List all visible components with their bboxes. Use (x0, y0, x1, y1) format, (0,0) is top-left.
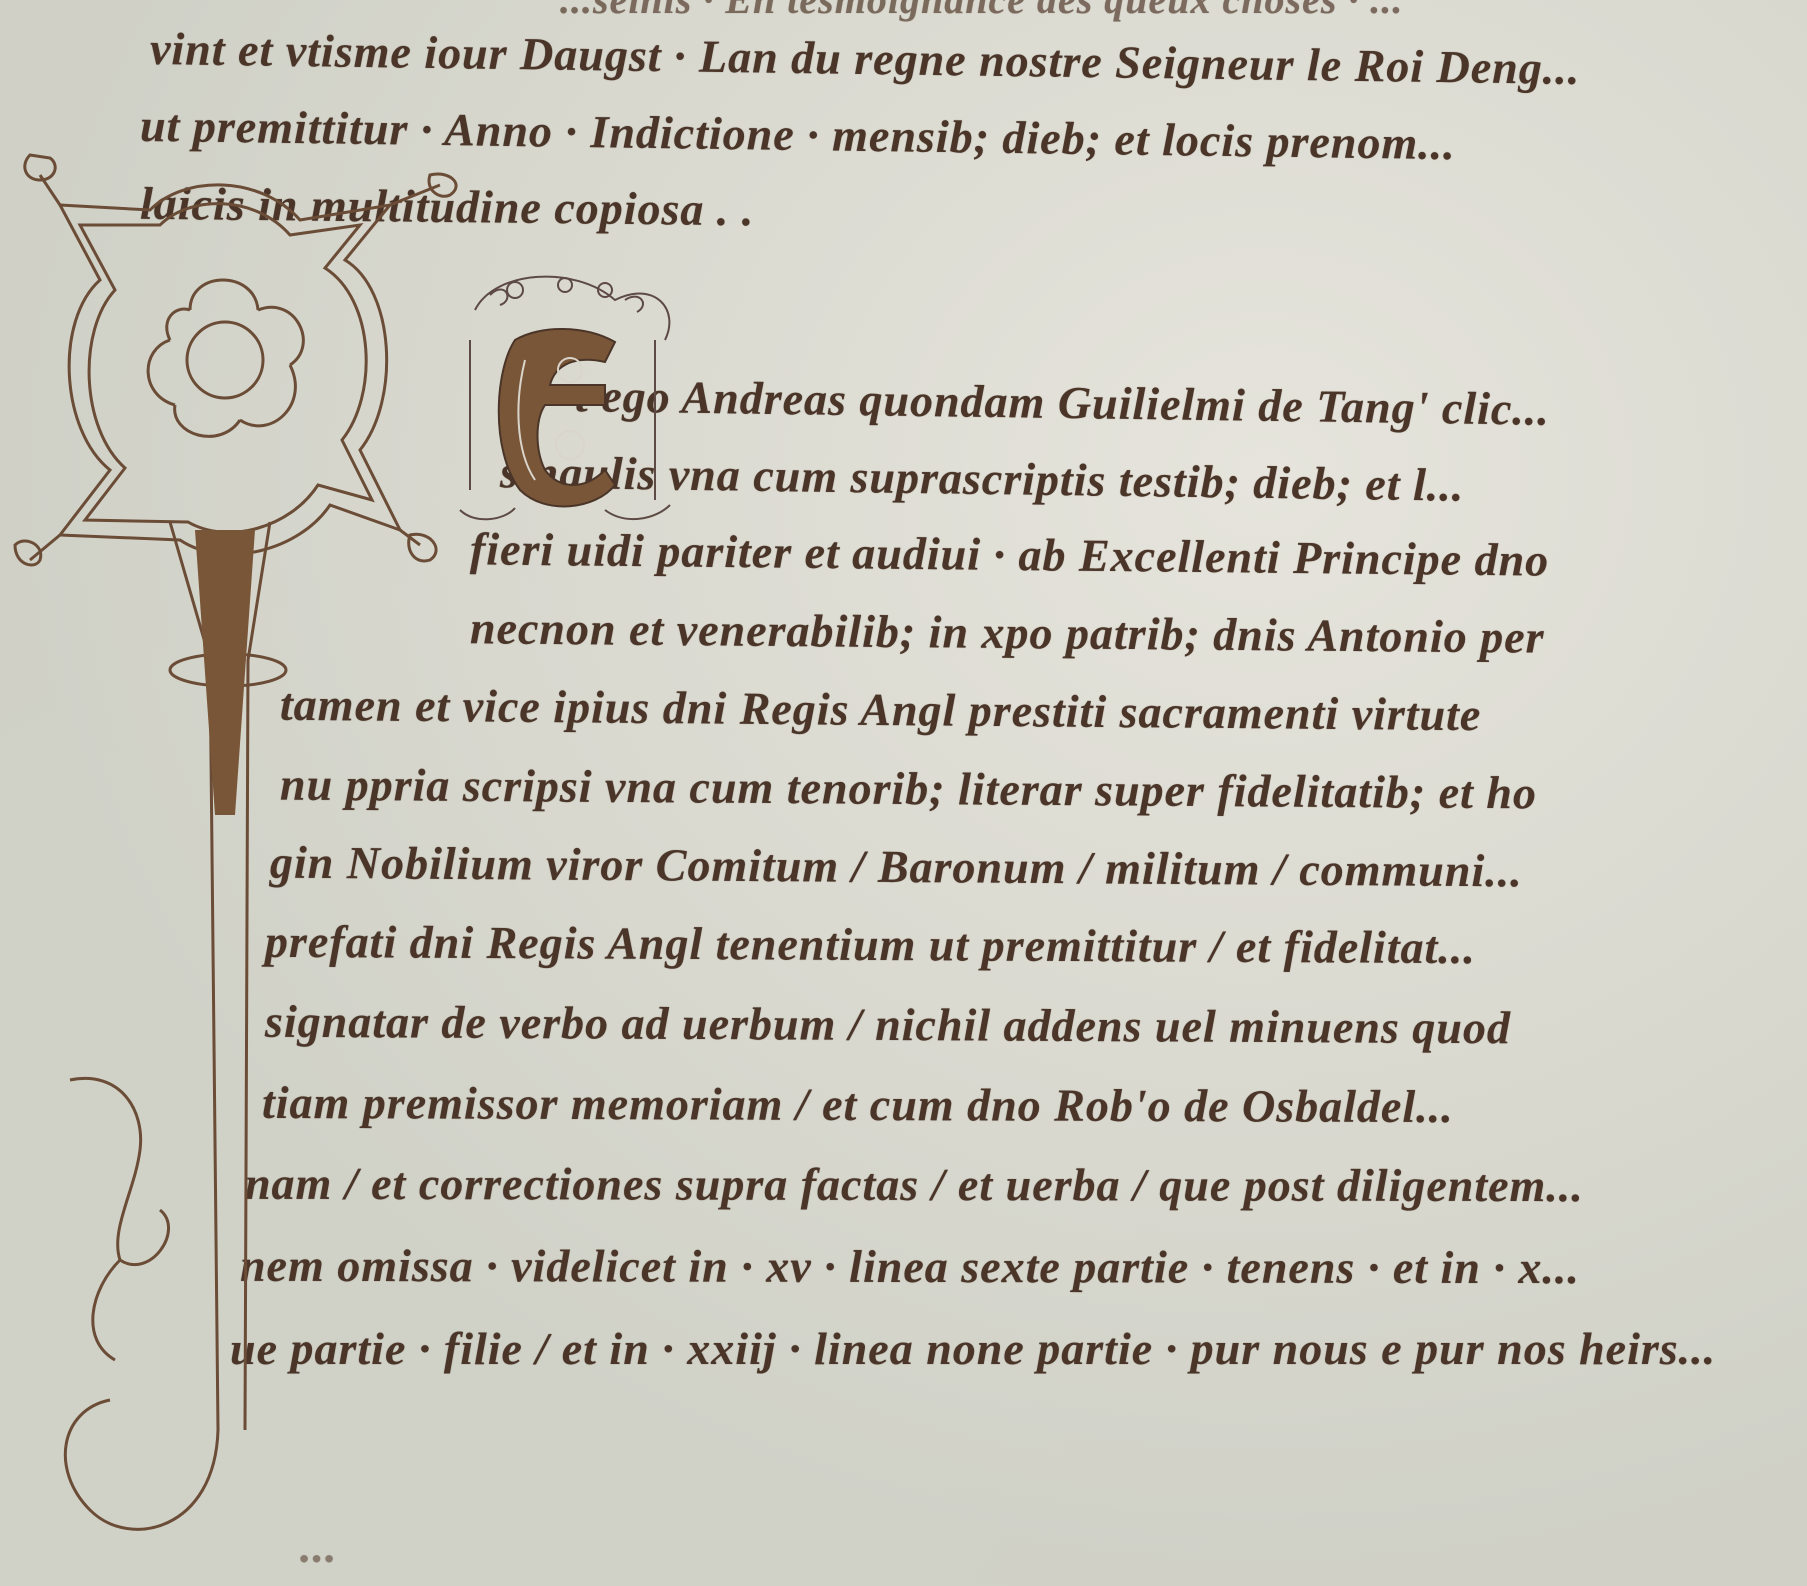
text-line-7: necnon et venerabilib; in xpo patrib; dn… (470, 601, 1545, 663)
manuscript-page: ...seinis · En tesmoignance des queux ch… (0, 0, 1807, 1586)
text-line-0: ...seinis · En tesmoignance des queux ch… (560, 0, 1403, 23)
text-line-1: vint et vtisme iour Daugst · Lan du regn… (150, 22, 1581, 95)
marginal-initial-rose-icon (0, 150, 480, 1586)
text-line-6: fieri uidi pariter et audiui · ab Excell… (470, 522, 1550, 586)
decorated-initial-e-icon (455, 270, 685, 525)
text-line-4: t ego Andreas quondam Guilielmi de Tang'… (575, 369, 1551, 436)
